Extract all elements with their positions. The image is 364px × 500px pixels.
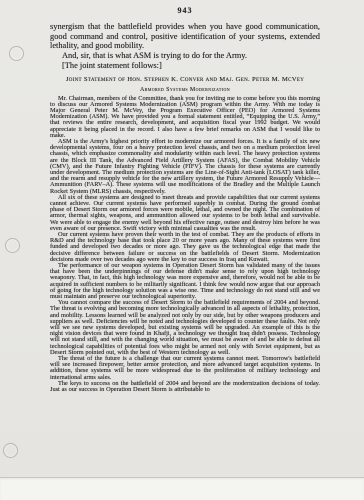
- statement-paragraph: The keys to success on the battlefield o…: [50, 381, 320, 393]
- statement-paragraph: ASM is the Army's highest priority effor…: [50, 139, 320, 195]
- hole-punch-mark: [9, 46, 24, 61]
- statement-paragraph: Mr. Chairman, members of the Committee, …: [50, 96, 320, 139]
- scan-bottom-edge: [0, 477, 364, 500]
- statement-paragraph: The performance of our weapon systems in…: [50, 263, 320, 300]
- intro-line-follows: [The joint statement follows:]: [50, 61, 320, 71]
- hole-punch-mark: [5, 238, 20, 253]
- page-number: 943: [50, 6, 320, 15]
- scanned-document-page: 943 synergism that the battlefield provi…: [0, 0, 364, 500]
- intro-paragraph: synergism that the battlefield provides …: [50, 22, 320, 51]
- statement-paragraph: All six of these systems are designed to…: [50, 195, 320, 232]
- statement-paragraph: You cannot compare the success of Desert…: [50, 300, 320, 356]
- hole-punch-mark: [3, 443, 18, 458]
- text-column: synergism that the battlefield provides …: [50, 22, 320, 393]
- statement-paragraph: Our current systems have proven their wo…: [50, 232, 320, 263]
- intro-line-asm: And, sir, that is what ASM is trying to …: [50, 51, 320, 61]
- statement-paragraph: The threat of the future is a challenge …: [50, 356, 320, 381]
- statement-heading: Joint Statement of Hon. Stephen K. Conve…: [50, 76, 320, 83]
- statement-subheading: Armored Systems Modernization: [50, 87, 320, 93]
